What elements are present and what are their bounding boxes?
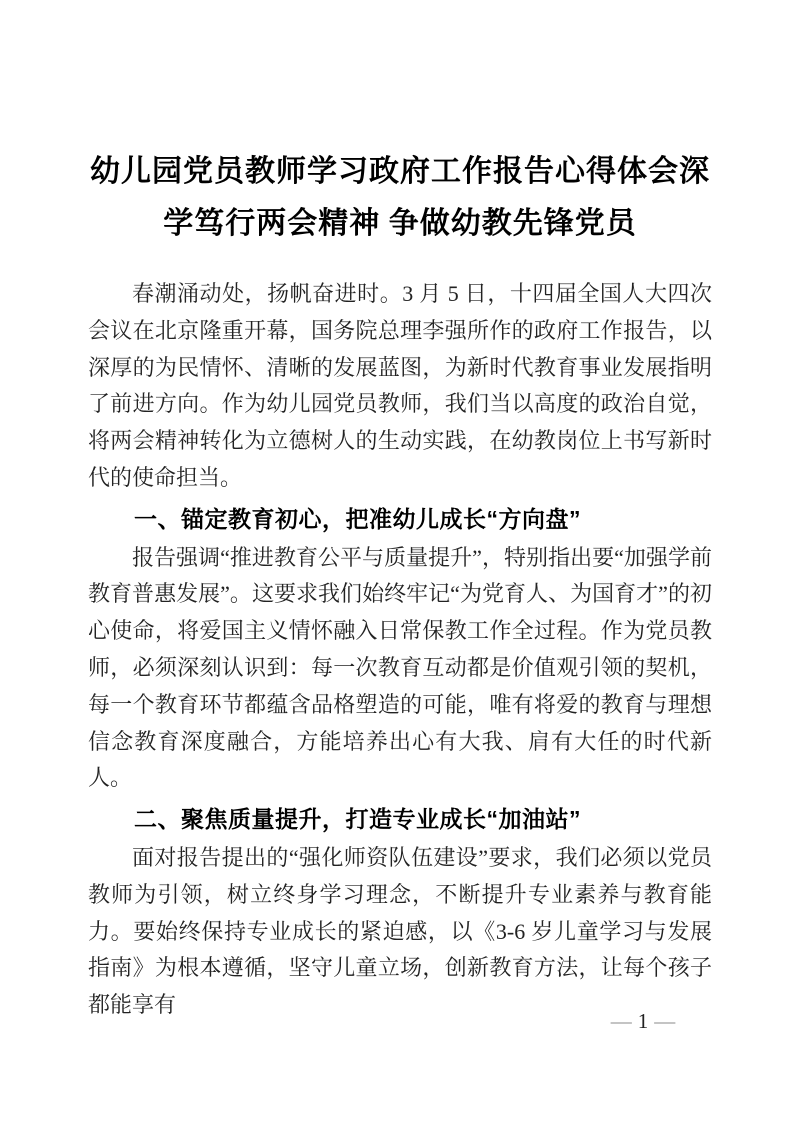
paragraph-section-1: 报告强调“推进教育公平与质量提升”，特别指出要“加强学前教育普惠发展”。这要求我… — [88, 540, 712, 798]
document-page: 幼儿园党员教师学习政府工作报告心得体会深 学笃行两会精神 争做幼教先锋党员 春潮… — [0, 0, 793, 1122]
paragraph-introduction: 春潮涌动处，扬帆奋进时。3 月 5 日，十四届全国人大四次会议在北京隆重开幕，国… — [88, 276, 712, 497]
section-heading-2: 二、聚焦质量提升，打造专业成长“加油站” — [88, 801, 712, 838]
document-title-line-2: 学笃行两会精神 争做幼教先锋党员 — [88, 198, 712, 250]
page-number-left-dash: — — [605, 1009, 638, 1033]
page-number-right-dash: — — [648, 1009, 681, 1033]
document-title-line-1: 幼儿园党员教师学习政府工作报告心得体会深 — [88, 146, 712, 198]
page-number: —1— — [578, 1008, 708, 1034]
document-content: 幼儿园党员教师学习政府工作报告心得体会深 学笃行两会精神 争做幼教先锋党员 春潮… — [88, 146, 712, 1024]
section-heading-1: 一、锚定教育初心，把准幼儿成长“方向盘” — [88, 501, 712, 538]
paragraph-section-2: 面对报告提出的“强化师资队伍建设”要求，我们必须以党员教师为引领，树立终身学习理… — [88, 840, 712, 1024]
document-title: 幼儿园党员教师学习政府工作报告心得体会深 学笃行两会精神 争做幼教先锋党员 — [88, 146, 712, 250]
page-number-value: 1 — [638, 1009, 649, 1033]
